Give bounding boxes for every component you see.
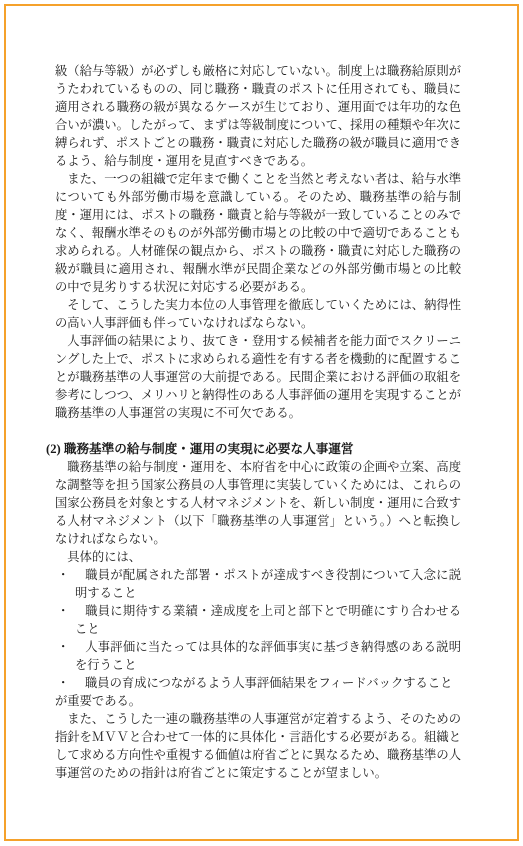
paragraph: 職務基準の給与制度・運用を、本府省を中心に政策の企画や立案、高度な調整等を担う国… (55, 458, 461, 548)
bullet-icon: ・ (57, 638, 85, 656)
list-item-text: 人事評価に当たっては具体的な評価事実に基づき納得感のある説明を行うこと (75, 640, 461, 672)
list-item-text: 職員が配属された部署・ポストが達成すべき役割について入念に説明すること (75, 568, 461, 600)
list-item: ・人事評価に当たっては具体的な評価事実に基づき納得感のある説明を行うこと (55, 638, 461, 674)
list-item: ・職員が配属された部署・ポストが達成すべき役割について入念に説明すること (55, 566, 461, 602)
paragraph: 級（給与等級）が必ずしも厳格に対応していない。制度上は職務給原則がうたわれている… (55, 62, 461, 170)
paragraph: また、こうした一連の職務基準の人事運営が定着するよう、そのための指針をＭＶＶと合… (55, 710, 461, 782)
section-heading: (2) 職務基準の給与制度・運用の実現に必要な人事運営 (46, 440, 461, 458)
bullet-icon: ・ (57, 566, 85, 584)
list-item-text: 職員に期待する業績・達成度を上司と部下とで明確にすり合わせること (75, 604, 461, 636)
list-item: ・職員に期待する業績・達成度を上司と部下とで明確にすり合わせること (55, 602, 461, 638)
document-page: { "page": { "background_color": "#FFFFFF… (0, 0, 523, 846)
bullet-icon: ・ (57, 602, 85, 620)
paragraph: そして、こうした実力本位の人事管理を徹底していくためには、納得性の高い人事評価も… (55, 296, 461, 332)
bullet-list: ・職員が配属された部署・ポストが達成すべき役割について入念に説明すること ・職員… (55, 566, 461, 692)
paragraph: また、一つの組織で定年まで働くことを当然と考えない者は、給与水準についても外部労… (55, 170, 461, 296)
list-closing: が重要である。 (55, 692, 461, 710)
list-lead: 具体的には、 (55, 548, 461, 566)
list-item-text: 職員の育成につながるよう人事評価結果をフィードバックすること (85, 676, 452, 690)
document-content: 級（給与等級）が必ずしも厳格に対応していない。制度上は職務給原則がうたわれている… (55, 62, 461, 782)
bullet-icon: ・ (57, 674, 85, 692)
paragraph: 人事評価の結果により、抜てき・登用する候補者を能力面でスクリーニングした上で、ポ… (55, 332, 461, 422)
list-item: ・職員の育成につながるよう人事評価結果をフィードバックすること (55, 674, 461, 692)
